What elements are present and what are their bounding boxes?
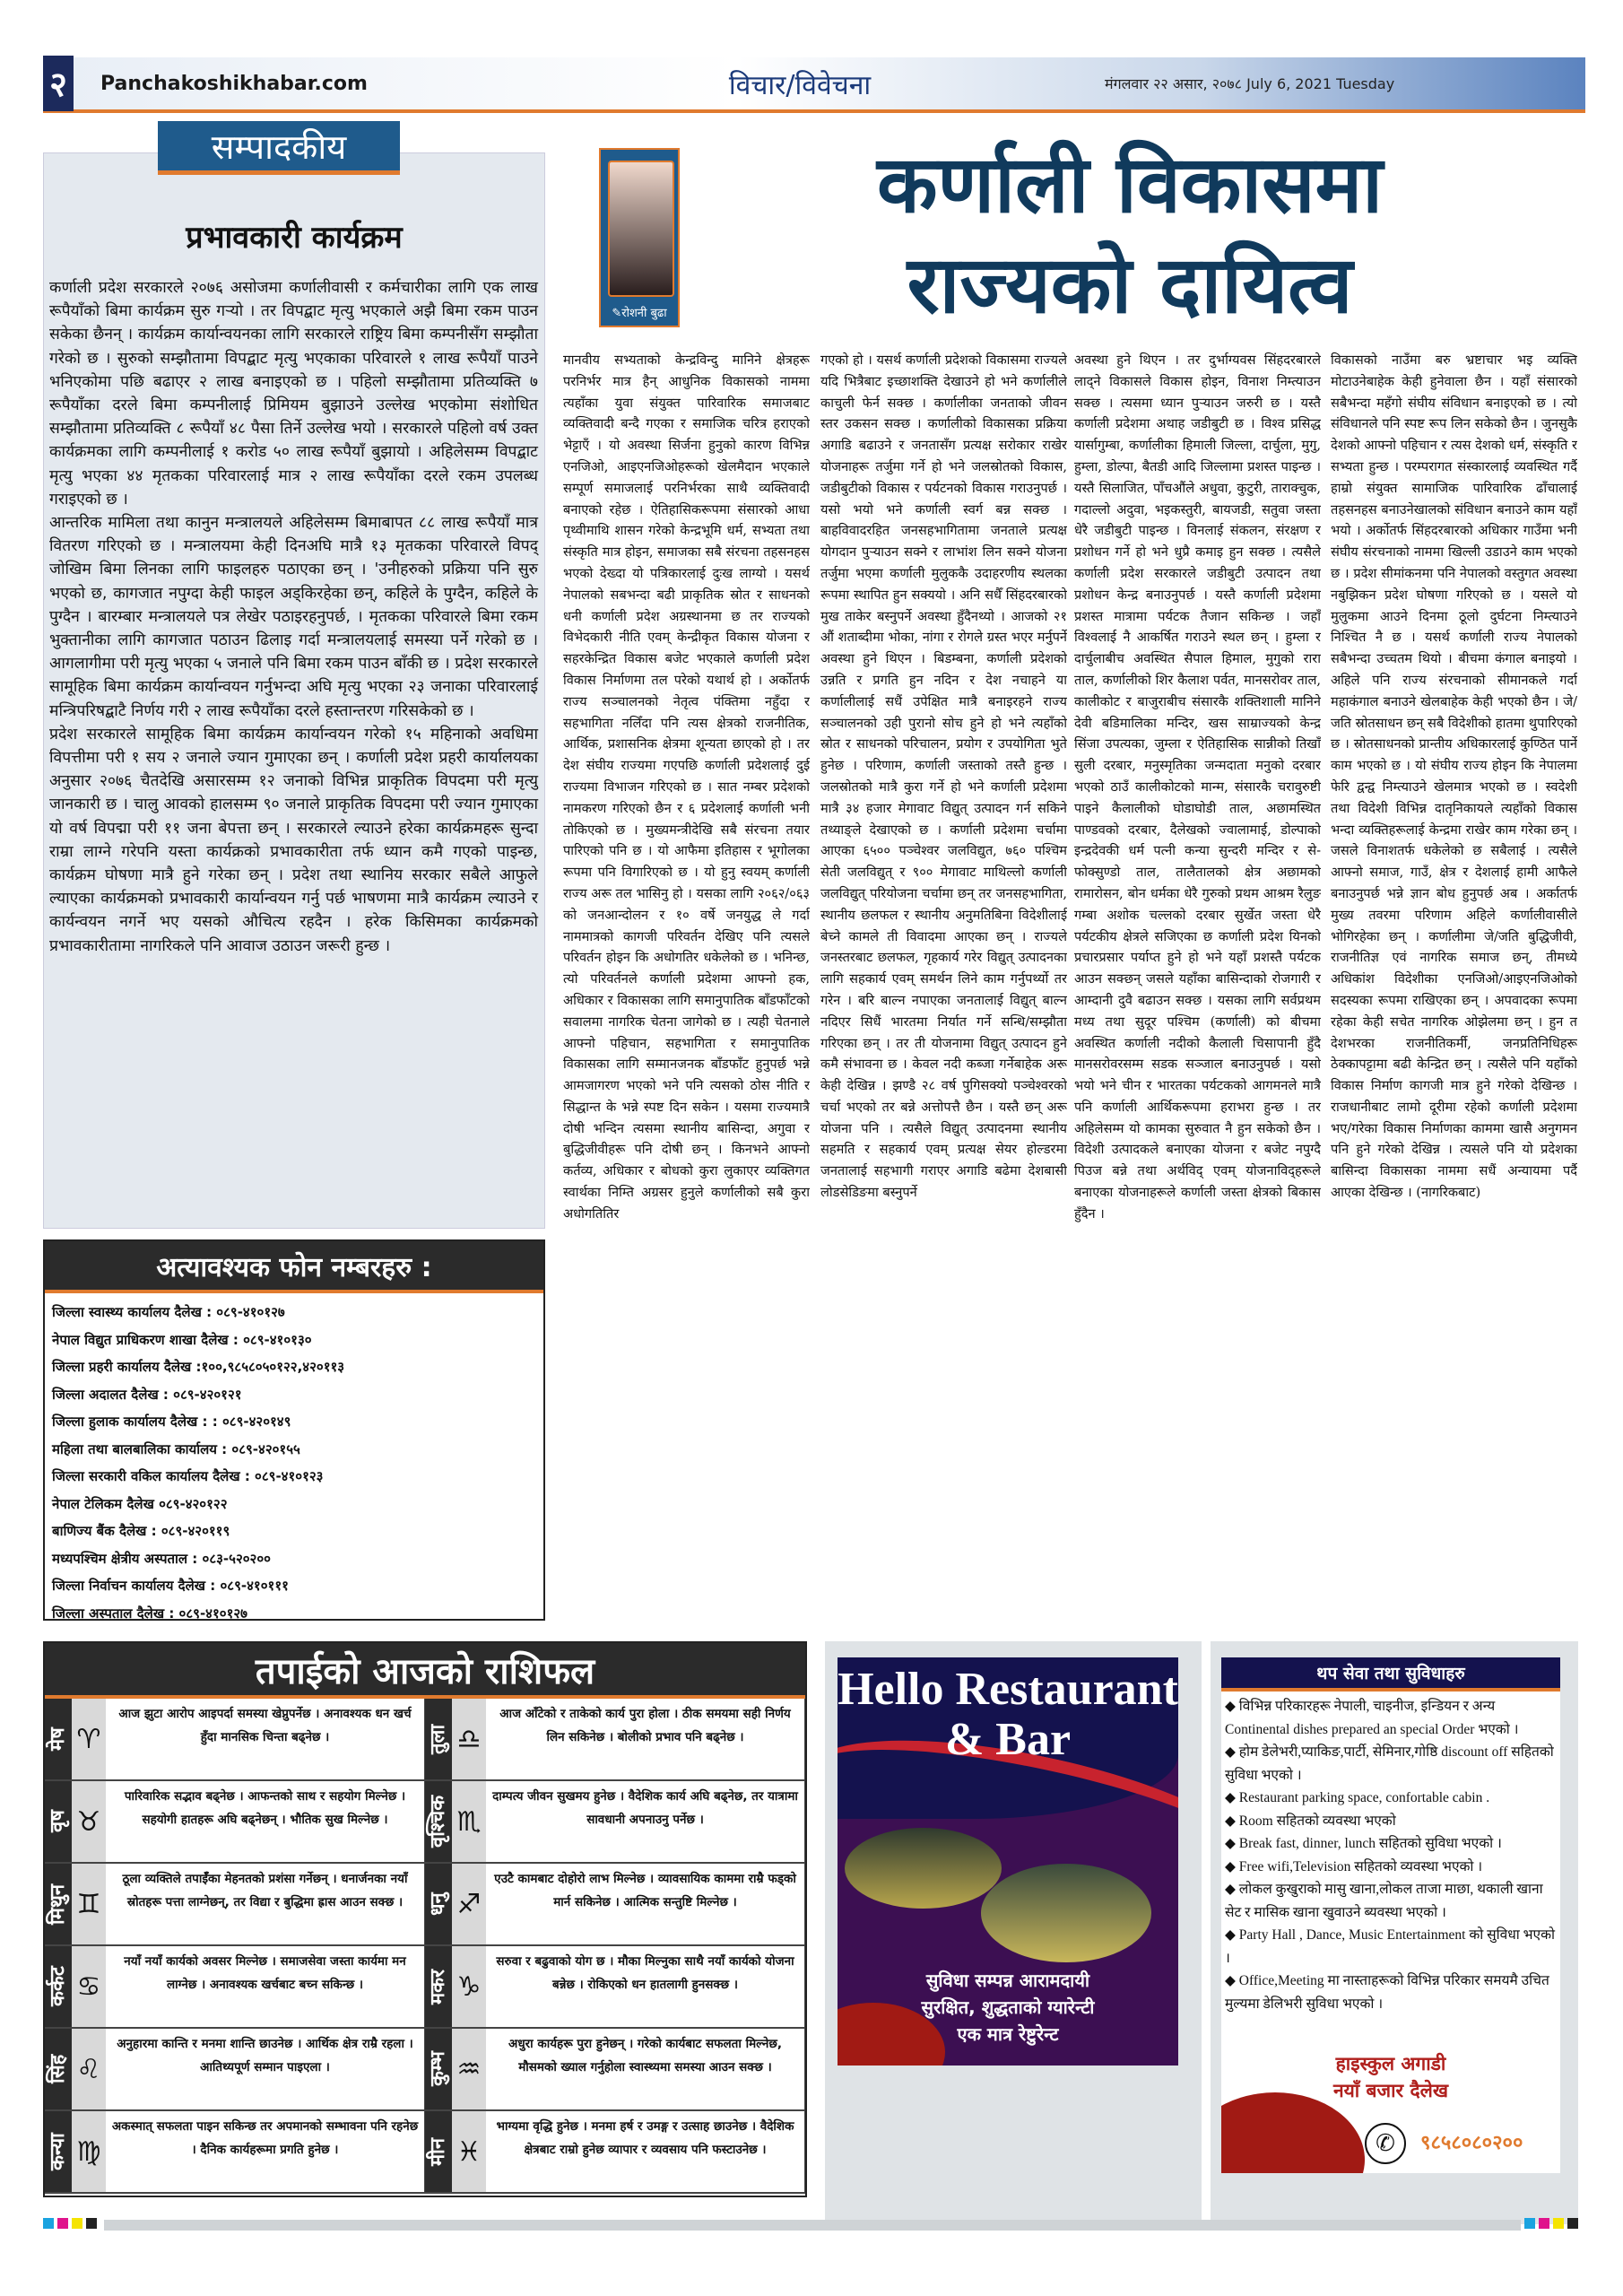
phone-item: महिला तथा बालबालिका कार्यालय : ०८९-४२०१५… (52, 1436, 536, 1464)
page-header: २ Panchakoshikhabar.com विचार/विवेचना मं… (43, 57, 1585, 113)
phone-item: बाणिज्य बैंक दैलेख : ०८९-४२०११९ (52, 1518, 536, 1545)
sagittarius-icon: ♐ (452, 1864, 486, 1944)
service-item: ◆ होम डेलेभरी,प्याकिङ,पार्टी, सेमिनार,गो… (1225, 1741, 1557, 1787)
registration-mark-cyan (43, 2218, 54, 2229)
taurus-icon: ♉ (72, 1781, 106, 1862)
editorial-paragraph: कर्णाली प्रदेश सरकारले २०७६ असोजमा कर्णा… (49, 276, 538, 511)
article-column: मानवीय सभ्यताको केन्द्रविन्दु मानिने क्ष… (563, 350, 810, 1632)
phone-icon: ✆ (1365, 2123, 1406, 2164)
phone-item: जिल्ला अदालत दैलेख : ०८९-४२०१२१ (52, 1381, 536, 1409)
phone-item: जिल्ला सरकारी वकिल कार्यालय दैलेख : ०८९-… (52, 1463, 536, 1491)
registration-mark-black (1567, 2218, 1578, 2229)
services-ad: थप सेवा तथा सुविधाहरु ◆ विभिन्न परिकारहर… (1211, 1641, 1578, 2224)
dining-photo (981, 1864, 1151, 1962)
service-item: ◆ Party Hall , Dance, Music Entertainmen… (1225, 1924, 1557, 1970)
registration-mark-cyan (1524, 2218, 1535, 2229)
restaurant-title: Hello Restaurant & Bar (838, 1665, 1178, 1765)
article-headline: कर्णाली विकासमा राज्यको दायित्व (681, 135, 1578, 335)
phone-item: जिल्ला निर्वाचन कार्यालय दैलेख : ०८९-४१०… (52, 1572, 536, 1600)
restaurant-ad-card: Hello Restaurant & Bar सुविधा सम्पन्न आर… (838, 1657, 1178, 2066)
sign-libra: तुला♎आज आँटेको र ताकेको कार्य पुरा होला … (425, 1699, 805, 1781)
sign-aries: मेष♈आज झुटा आरोप आइपर्दा समस्या खेप्नुपर… (45, 1699, 425, 1781)
service-item: ◆ Office,Meeting मा नास्ताहरूको विभिन्न … (1225, 1970, 1557, 2015)
section-title: विचार/विवेचना (567, 65, 1033, 102)
sign-scorpio: वृश्चिक♏दाम्पत्य जीवन सुखमय हुनेछ । वैदे… (425, 1781, 805, 1864)
service-item: ◆ विभिन्न परिकारहरू नेपाली, चाइनीज, इन्ड… (1225, 1695, 1557, 1741)
registration-bar (104, 2220, 1521, 2231)
aries-icon: ♈ (72, 1699, 106, 1779)
horoscope-panel: तपाईको आजको राशिफल मेष♈आज झुटा आरोप आइपर… (43, 1641, 807, 2197)
sign-leo: सिंह♌अनुहारमा कान्ति र मनमा शान्ति छाउने… (45, 2029, 425, 2111)
services-ad-card: थप सेवा तथा सुविधाहरु ◆ विभिन्न परिकारहर… (1221, 1657, 1560, 2173)
pen-icon: ✎ (612, 307, 621, 320)
phone-item: नेपाल विद्युत प्राधिकरण शाखा दैलेख : ०८९… (52, 1326, 536, 1354)
service-item: ◆ Break fast, dinner, lunch सहितको सुविध… (1225, 1832, 1557, 1856)
article-column: विकासको नाउँमा बरु भ्रष्टाचार भइ व्यक्ति… (1331, 350, 1577, 1632)
phone-item: जिल्ला स्वास्थ्य कार्यालय दैलेख : ०८९-४१… (52, 1299, 536, 1326)
phone-item: मध्यपश्चिम क्षेत्रीय अस्पताल : ०८३-५२०२०… (52, 1545, 536, 1573)
sign-gemini: मिथुन♊ठूला व्यक्तिले तपाईँका मेहनतको प्र… (45, 1864, 425, 1946)
sign-sagittarius: धनु♐एउटै कामबाट दोहोरो लाभ मिल्नेछ । व्य… (425, 1864, 805, 1946)
article-column: अवस्था हुने थिएन । तर दुर्भाग्यवस सिंहदर… (1074, 350, 1321, 1632)
cancer-icon: ♋ (72, 1946, 106, 2027)
sign-capricorn: मकर♑सरुवा र बढुवाको योग छ । मौका मिल्नुक… (425, 1946, 805, 2029)
author-portrait (608, 161, 674, 297)
services-list: ◆ विभिन्न परिकारहरू नेपाली, चाइनीज, इन्ड… (1221, 1692, 1560, 2019)
editorial-banner: सम्पादकीय (158, 121, 400, 175)
service-item: ◆ लोकल कुखुराको मासु खाना,लोकल ताजा माछा… (1225, 1878, 1557, 1924)
libra-icon: ♎ (452, 1699, 486, 1779)
horoscope-title: तपाईको आजको राशिफल (45, 1643, 805, 1699)
editorial-paragraph: प्रदेश सरकारले सामूहिक बिमा कार्यक्रम का… (49, 723, 538, 958)
phone-item: जिल्ला अस्पताल दैलेख : ०८९-४१०१२७ (52, 1600, 536, 1628)
phones-title: अत्यावश्यक फोन नम्बरहरु : (45, 1241, 543, 1293)
emergency-phones: अत्यावश्यक फोन नम्बरहरु : जिल्ला स्वास्थ… (43, 1239, 545, 1621)
issue-date: मंगलवार २२ असार, २०७८ July 6, 2021 Tuesd… (1105, 74, 1394, 93)
site-name[interactable]: Panchakoshikhabar.com (100, 73, 567, 95)
sign-cancer: कर्कट♋नयाँ नयाँ कार्यको अवसर मिल्नेछ । स… (45, 1946, 425, 2029)
leo-icon: ♌ (72, 2029, 106, 2109)
phone-item: जिल्ला हुलाक कार्यालय दैलेख : : ०८९-४२०१… (52, 1408, 536, 1436)
dining-photo (845, 1828, 1002, 1909)
editorial-body: कर्णाली प्रदेश सरकारले २०७६ असोजमा कर्णा… (49, 276, 538, 958)
editorial-title: प्रभावकारी कार्यक्रम (43, 215, 545, 257)
sign-virgo: कन्या♍अकस्मात् सफलता पाइन सकिन्छ तर अपमा… (45, 2111, 425, 2194)
phone-item: नेपाल टेलिकम दैलेख ०८९-४२०१२२ (52, 1491, 536, 1518)
sign-aquarius: कुम्भ♒अधुरा कार्यहरू पुरा हुनेछन् । गरेक… (425, 2029, 805, 2111)
capricorn-icon: ♑ (452, 1946, 486, 2027)
phone-item: जिल्ला प्रहरी कार्यालय दैलेख :१००,९८५८०५… (52, 1353, 536, 1381)
service-item: ◆ Room सहितको व्यवस्था भएको (1225, 1810, 1557, 1833)
sign-taurus: वृष♉पारिवारिक सद्भाव बढ्नेछ । आफन्तको सा… (45, 1781, 425, 1864)
scorpio-icon: ♏ (452, 1781, 486, 1862)
registration-mark-yellow (72, 2218, 82, 2229)
phones-list: जिल्ला स्वास्थ्य कार्यालय दैलेख : ०८९-४१… (45, 1293, 543, 1632)
restaurant-tagline: सुविधा सम्पन्न आरामदायी सुरक्षित, शुद्धत… (838, 1967, 1178, 2048)
restaurant-ad: Hello Restaurant & Bar सुविधा सम्पन्न आर… (825, 1641, 1202, 2224)
services-title: थप सेवा तथा सुविधाहरु (1221, 1657, 1560, 1692)
registration-mark-yellow (1553, 2218, 1564, 2229)
horoscope-grid: मेष♈आज झुटा आरोप आइपर्दा समस्या खेप्नुपर… (45, 1699, 805, 2194)
aquarius-icon: ♒ (452, 2029, 486, 2109)
page-number: २ (43, 56, 74, 111)
restaurant-address: हाइस्कुल अगाडी नयाँ बजार दैलेख (1221, 2050, 1560, 2104)
author-byline: ✎रोशनी बुढा (601, 304, 678, 320)
editorial-paragraph: आन्तरिक मामिला तथा कानुन मन्त्रालयले अहि… (49, 511, 538, 723)
gemini-icon: ♊ (72, 1864, 106, 1944)
restaurant-phone: ९८५८०८०२०० (1420, 2128, 1523, 2155)
article-column: गएको हो । यसर्थ कर्णाली प्रदेशको विकासमा… (820, 350, 1067, 1632)
service-item: ◆ Free wifi,Television सहितको व्यवस्था भ… (1225, 1856, 1557, 1879)
virgo-icon: ♍ (72, 2111, 106, 2192)
service-item: ◆ Restaurant parking space, confortable … (1225, 1787, 1557, 1810)
registration-mark-magenta (57, 2218, 68, 2229)
author-photo: ✎रोशनी बुढा (599, 148, 680, 327)
registration-mark-black (86, 2218, 97, 2229)
pisces-icon: ♓ (452, 2111, 486, 2192)
registration-mark-magenta (1539, 2218, 1549, 2229)
sign-pisces: मीन♓भाग्यमा वृद्धि हुनेछ । मनमा हर्ष र उ… (425, 2111, 805, 2194)
